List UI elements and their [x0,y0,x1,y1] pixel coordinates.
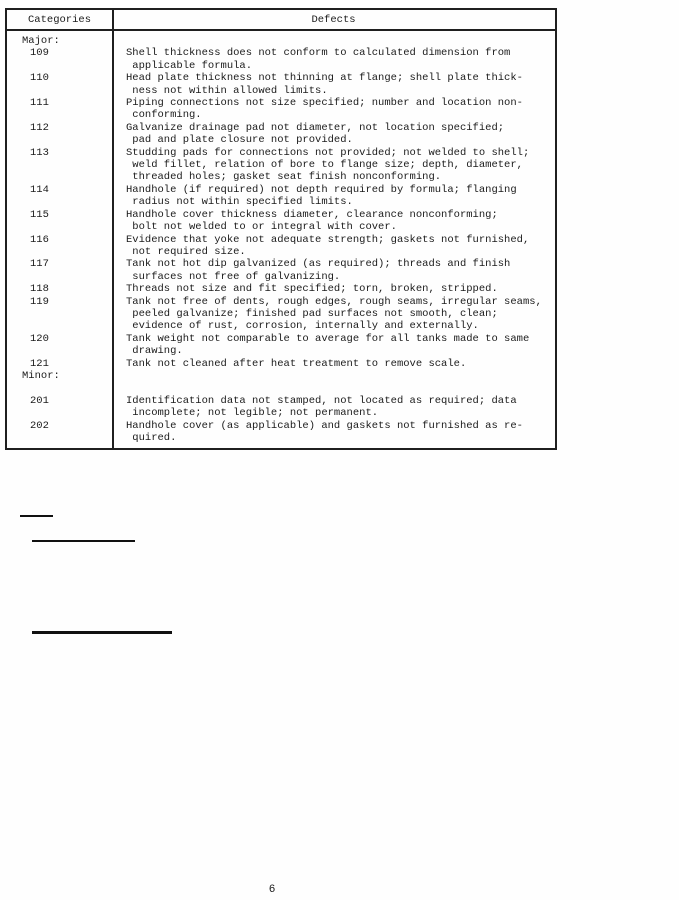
table-row: 119Tank not free of dents, rough edges, … [7,296,555,333]
category-cell: 117 [7,258,112,283]
category-cell: 118 [7,283,112,295]
defect-cell: Shell thickness does not conform to calc… [112,47,555,72]
table-row: 201Identification data not stamped, not … [7,395,555,420]
defect-cell [112,370,555,382]
table-row: 113Studding pads for connections not pro… [7,147,555,184]
table-row: 117Tank not hot dip galvanized (as requi… [7,258,555,283]
category-cell: Minor: [7,370,112,382]
category-cell: 116 [7,234,112,259]
defect-cell: Identification data not stamped, not loc… [112,395,555,420]
defect-cell: Head plate thickness not thinning at fla… [112,72,555,97]
category-cell: 202 [7,420,112,445]
table-row: 111Piping connections not size specified… [7,97,555,122]
table-row: Major: [7,35,555,47]
categories-column-header: Categories [7,14,112,26]
defect-cell: Tank not hot dip galvanized (as required… [112,258,555,283]
horizontal-rule-3 [32,631,172,634]
category-cell: 201 [7,395,112,420]
category-cell: Major: [7,35,112,47]
category-cell: 120 [7,333,112,358]
table-row [7,382,555,394]
category-cell: 112 [7,122,112,147]
defect-cell: Tank weight not comparable to average fo… [112,333,555,358]
category-cell: 119 [7,296,112,333]
defect-cell: Galvanize drainage pad not diameter, not… [112,122,555,147]
table-row: 202Handhole cover (as applicable) and ga… [7,420,555,445]
table-header-row: Categories Defects [7,10,555,31]
table-row: 116Evidence that yoke not adequate stren… [7,234,555,259]
horizontal-rule-2 [32,540,135,542]
table-row: 112Galvanize drainage pad not diameter, … [7,122,555,147]
defect-cell: Threads not size and fit specified; torn… [112,283,555,295]
category-cell: 121 [7,358,112,370]
defect-cell: Handhole (if required) not depth require… [112,184,555,209]
defects-column-header: Defects [112,14,555,26]
table-row: 121Tank not cleaned after heat treatment… [7,358,555,370]
defect-cell: Tank not free of dents, rough edges, rou… [112,296,555,333]
defect-cell: Handhole cover thickness diameter, clear… [112,209,555,234]
defect-cell: Studding pads for connections not provid… [112,147,555,184]
column-divider [112,10,114,448]
category-cell: 110 [7,72,112,97]
defect-cell [112,35,555,47]
defect-cell: Piping connections not size specified; n… [112,97,555,122]
table-row: 110Head plate thickness not thinning at … [7,72,555,97]
table-row: Minor: [7,370,555,382]
table-row: 115Handhole cover thickness diameter, cl… [7,209,555,234]
category-cell: 109 [7,47,112,72]
page-number: 6 [262,884,282,896]
defect-cell [112,382,555,394]
table-body: Major:109Shell thickness does not confor… [7,31,555,444]
defects-table: Categories Defects Major:109Shell thickn… [5,8,557,450]
category-cell [7,382,112,394]
category-cell: 111 [7,97,112,122]
category-cell: 113 [7,147,112,184]
table-row: 120Tank weight not comparable to average… [7,333,555,358]
table-row: 109Shell thickness does not conform to c… [7,47,555,72]
table-row: 114Handhole (if required) not depth requ… [7,184,555,209]
defect-cell: Tank not cleaned after heat treatment to… [112,358,555,370]
document-page: Categories Defects Major:109Shell thickn… [0,0,679,900]
defect-cell: Evidence that yoke not adequate strength… [112,234,555,259]
table-row: 118Threads not size and fit specified; t… [7,283,555,295]
category-cell: 114 [7,184,112,209]
defect-cell: Handhole cover (as applicable) and gaske… [112,420,555,445]
horizontal-rule-1 [20,515,53,517]
category-cell: 115 [7,209,112,234]
